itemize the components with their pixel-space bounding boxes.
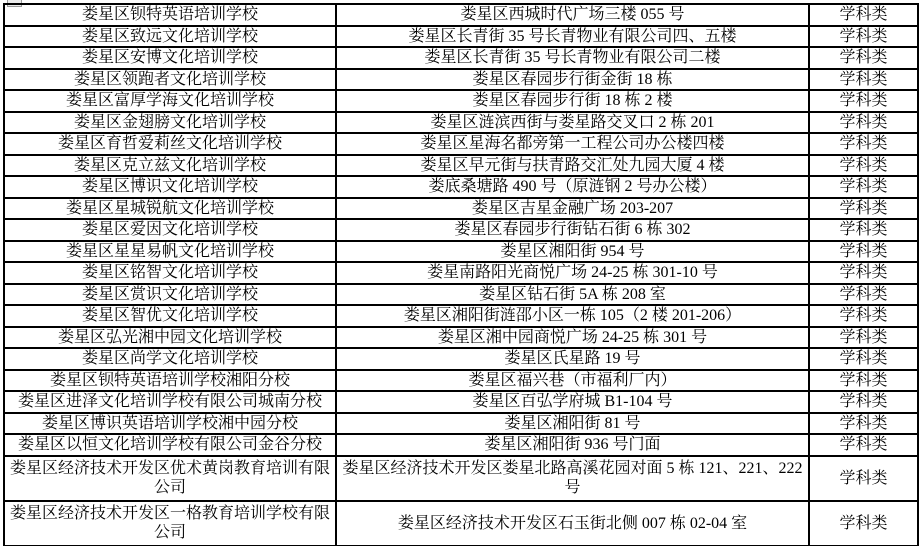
school-name-cell: 娄星区博识英语培训学校湘中园分校: [4, 413, 336, 435]
address-cell: 娄星区春园步行街金街 18 栋: [336, 69, 809, 91]
table-row: 娄星区进泽文化培训学校有限公司城南分校娄星区百弘学府城 B1-104 号学科类: [4, 391, 918, 413]
school-name-cell: 娄星区钡特英语培训学校: [4, 4, 336, 26]
table-row: 娄星区育哲爱莉丝文化培训学校娄星区星海名都旁第一工程公司办公楼四楼学科类: [4, 133, 918, 155]
table-row: 娄星区领跑者文化培训学校娄星区春园步行街金街 18 栋学科类: [4, 69, 918, 91]
category-cell: 学科类: [809, 4, 918, 26]
address-cell: 娄星区湘阳街 81 号: [336, 413, 809, 435]
address-cell: 娄星区湘阳街 954 号: [336, 241, 809, 263]
table-row: 娄星区铭智文化培训学校娄星南路阳光商悦广场 24-25 栋 301-10 号学科…: [4, 262, 918, 284]
category-cell: 学科类: [809, 198, 918, 220]
category-cell: 学科类: [809, 176, 918, 198]
school-name-cell: 娄星区育哲爱莉丝文化培训学校: [4, 133, 336, 155]
address-cell: 娄星区湘阳街涟邵小区一栋 105（2 楼 201-206）: [336, 305, 809, 327]
school-name-cell: 娄星区进泽文化培训学校有限公司城南分校: [4, 391, 336, 413]
school-name-cell: 娄星区赏识文化培训学校: [4, 284, 336, 306]
school-name-cell: 娄星区安博文化培训学校: [4, 47, 336, 69]
table-row: 娄星区以恒文化培训学校有限公司金谷分校娄星区湘阳街 936 号门面学科类: [4, 434, 918, 456]
address-cell: 娄星区福兴巷（市福利厂内）: [336, 370, 809, 392]
category-cell: 学科类: [809, 434, 918, 456]
table-row: 娄星区尚学文化培训学校娄星区氏星路 19 号学科类: [4, 348, 918, 370]
table-body: 娄星区钡特英语培训学校娄星区西城时代广场三楼 055 号学科类娄星区致远文化培训…: [4, 4, 918, 546]
school-name-cell: 娄星区领跑者文化培训学校: [4, 69, 336, 91]
document-page: 娄星区钡特英语培训学校娄星区西城时代广场三楼 055 号学科类娄星区致远文化培训…: [0, 0, 920, 546]
table-row: 娄星区富厚学海文化培训学校娄星区春园步行街 18 栋 2 楼学科类: [4, 90, 918, 112]
school-name-cell: 娄星区钡特英语培训学校湘阳分校: [4, 370, 336, 392]
category-cell: 学科类: [809, 90, 918, 112]
category-cell: 学科类: [809, 69, 918, 91]
address-cell: 娄星区星海名都旁第一工程公司办公楼四楼: [336, 133, 809, 155]
category-cell: 学科类: [809, 456, 918, 501]
table-row: 娄星区爱因文化培训学校娄星区春园步行街钻石街 6 栋 302学科类: [4, 219, 918, 241]
school-name-cell: 娄星区经济技术开发区优术黄岗教育培训有限公司: [4, 456, 336, 501]
table-row: 娄星区博识英语培训学校湘中园分校娄星区湘阳街 81 号学科类: [4, 413, 918, 435]
category-cell: 学科类: [809, 219, 918, 241]
school-name-cell: 娄星区弘光湘中园文化培训学校: [4, 327, 336, 349]
school-name-cell: 娄星区尚学文化培训学校: [4, 348, 336, 370]
category-cell: 学科类: [809, 370, 918, 392]
training-schools-table: 娄星区钡特英语培训学校娄星区西城时代广场三楼 055 号学科类娄星区致远文化培训…: [3, 3, 919, 546]
table-row: 娄星区赏识文化培训学校娄星区钻石街 5A 栋 208 室学科类: [4, 284, 918, 306]
table-row: 娄星区致远文化培训学校娄星区长青街 35 号长青物业有限公司四、五楼学科类: [4, 26, 918, 48]
school-name-cell: 娄星区爱因文化培训学校: [4, 219, 336, 241]
address-cell: 娄星区百弘学府城 B1-104 号: [336, 391, 809, 413]
school-name-cell: 娄星区富厚学海文化培训学校: [4, 90, 336, 112]
category-cell: 学科类: [809, 155, 918, 177]
category-cell: 学科类: [809, 262, 918, 284]
table-row: 娄星区博识文化培训学校娄底桑塘路 490 号（原涟钢 2 号办公楼）学科类: [4, 176, 918, 198]
table-row: 娄星区安博文化培训学校娄星区长青街 35 号长青物业有限公司二楼学科类: [4, 47, 918, 69]
category-cell: 学科类: [809, 133, 918, 155]
school-name-cell: 娄星区铭智文化培训学校: [4, 262, 336, 284]
table-row: 娄星区钡特英语培训学校湘阳分校娄星区福兴巷（市福利厂内）学科类: [4, 370, 918, 392]
table-row: 娄星区克立兹文化培训学校娄星区早元街与扶青路交汇处九园大厦 4 楼学科类: [4, 155, 918, 177]
category-cell: 学科类: [809, 305, 918, 327]
category-cell: 学科类: [809, 501, 918, 546]
school-name-cell: 娄星区智优文化培训学校: [4, 305, 336, 327]
address-cell: 娄星区长青街 35 号长青物业有限公司二楼: [336, 47, 809, 69]
address-cell: 娄底桑塘路 490 号（原涟钢 2 号办公楼）: [336, 176, 809, 198]
category-cell: 学科类: [809, 413, 918, 435]
table-row: 娄星区智优文化培训学校娄星区湘阳街涟邵小区一栋 105（2 楼 201-206）…: [4, 305, 918, 327]
table-row: 娄星区经济技术开发区一格教育培训学校有限公司娄星区经济技术开发区石玉街北侧 00…: [4, 501, 918, 546]
category-cell: 学科类: [809, 348, 918, 370]
school-name-cell: 娄星区致远文化培训学校: [4, 26, 336, 48]
address-cell: 娄星区湘阳街 936 号门面: [336, 434, 809, 456]
address-cell: 娄星区钻石街 5A 栋 208 室: [336, 284, 809, 306]
category-cell: 学科类: [809, 241, 918, 263]
category-cell: 学科类: [809, 26, 918, 48]
category-cell: 学科类: [809, 391, 918, 413]
table-row: 娄星区星星易帆文化培训学校娄星区湘阳街 954 号学科类: [4, 241, 918, 263]
address-cell: 娄星区经济技术开发区石玉街北侧 007 栋 02-04 室: [336, 501, 809, 546]
category-cell: 学科类: [809, 327, 918, 349]
school-name-cell: 娄星区星城锐航文化培训学校: [4, 198, 336, 220]
address-cell: 娄星区西城时代广场三楼 055 号: [336, 4, 809, 26]
address-cell: 娄星区吉星金融广场 203-207: [336, 198, 809, 220]
address-cell: 娄星区氏星路 19 号: [336, 348, 809, 370]
school-name-cell: 娄星区经济技术开发区一格教育培训学校有限公司: [4, 501, 336, 546]
address-cell: 娄星区湘中园商悦广场 24-25 栋 301 号: [336, 327, 809, 349]
address-cell: 娄星区经济技术开发区娄星北路高溪花园对面 5 栋 121、221、222 号: [336, 456, 809, 501]
address-cell: 娄星区长青街 35 号长青物业有限公司四、五楼: [336, 26, 809, 48]
address-cell: 娄星区春园步行街 18 栋 2 楼: [336, 90, 809, 112]
category-cell: 学科类: [809, 47, 918, 69]
table-row: 娄星区金翅膀文化培训学校娄星区涟滨西街与娄星路交叉口 2 栋 201学科类: [4, 112, 918, 134]
school-name-cell: 娄星区金翅膀文化培训学校: [4, 112, 336, 134]
address-cell: 娄星南路阳光商悦广场 24-25 栋 301-10 号: [336, 262, 809, 284]
table-row: 娄星区经济技术开发区优术黄岗教育培训有限公司娄星区经济技术开发区娄星北路高溪花园…: [4, 456, 918, 501]
table-row: 娄星区弘光湘中园文化培训学校娄星区湘中园商悦广场 24-25 栋 301 号学科…: [4, 327, 918, 349]
school-name-cell: 娄星区博识文化培训学校: [4, 176, 336, 198]
category-cell: 学科类: [809, 112, 918, 134]
school-name-cell: 娄星区以恒文化培训学校有限公司金谷分校: [4, 434, 336, 456]
table-row: 娄星区钡特英语培训学校娄星区西城时代广场三楼 055 号学科类: [4, 4, 918, 26]
address-cell: 娄星区涟滨西街与娄星路交叉口 2 栋 201: [336, 112, 809, 134]
address-cell: 娄星区早元街与扶青路交汇处九园大厦 4 楼: [336, 155, 809, 177]
school-name-cell: 娄星区星星易帆文化培训学校: [4, 241, 336, 263]
category-cell: 学科类: [809, 284, 918, 306]
table-row: 娄星区星城锐航文化培训学校娄星区吉星金融广场 203-207学科类: [4, 198, 918, 220]
address-cell: 娄星区春园步行街钻石街 6 栋 302: [336, 219, 809, 241]
school-name-cell: 娄星区克立兹文化培训学校: [4, 155, 336, 177]
